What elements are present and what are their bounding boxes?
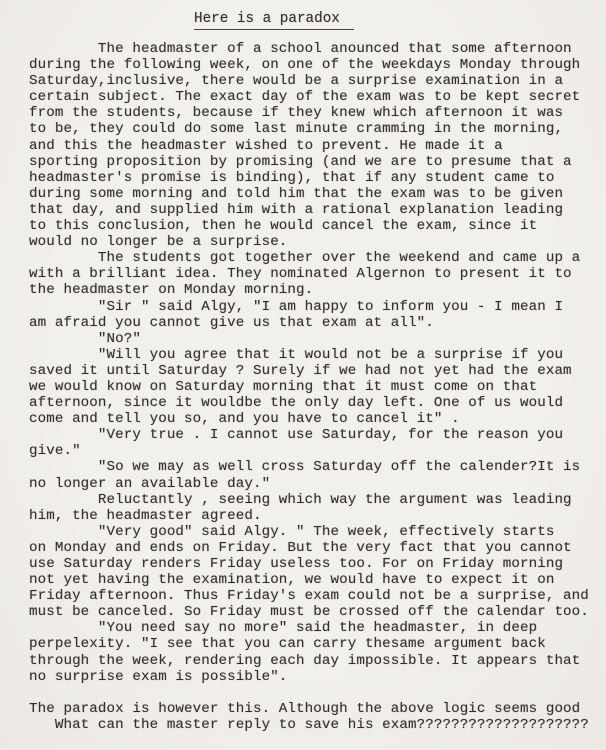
document-title: Here is a paradox xyxy=(194,10,354,30)
document-body-text: The headmaster of a school anounced that… xyxy=(0,41,606,733)
document-page: Here is a paradox The headmaster of a sc… xyxy=(0,0,606,750)
